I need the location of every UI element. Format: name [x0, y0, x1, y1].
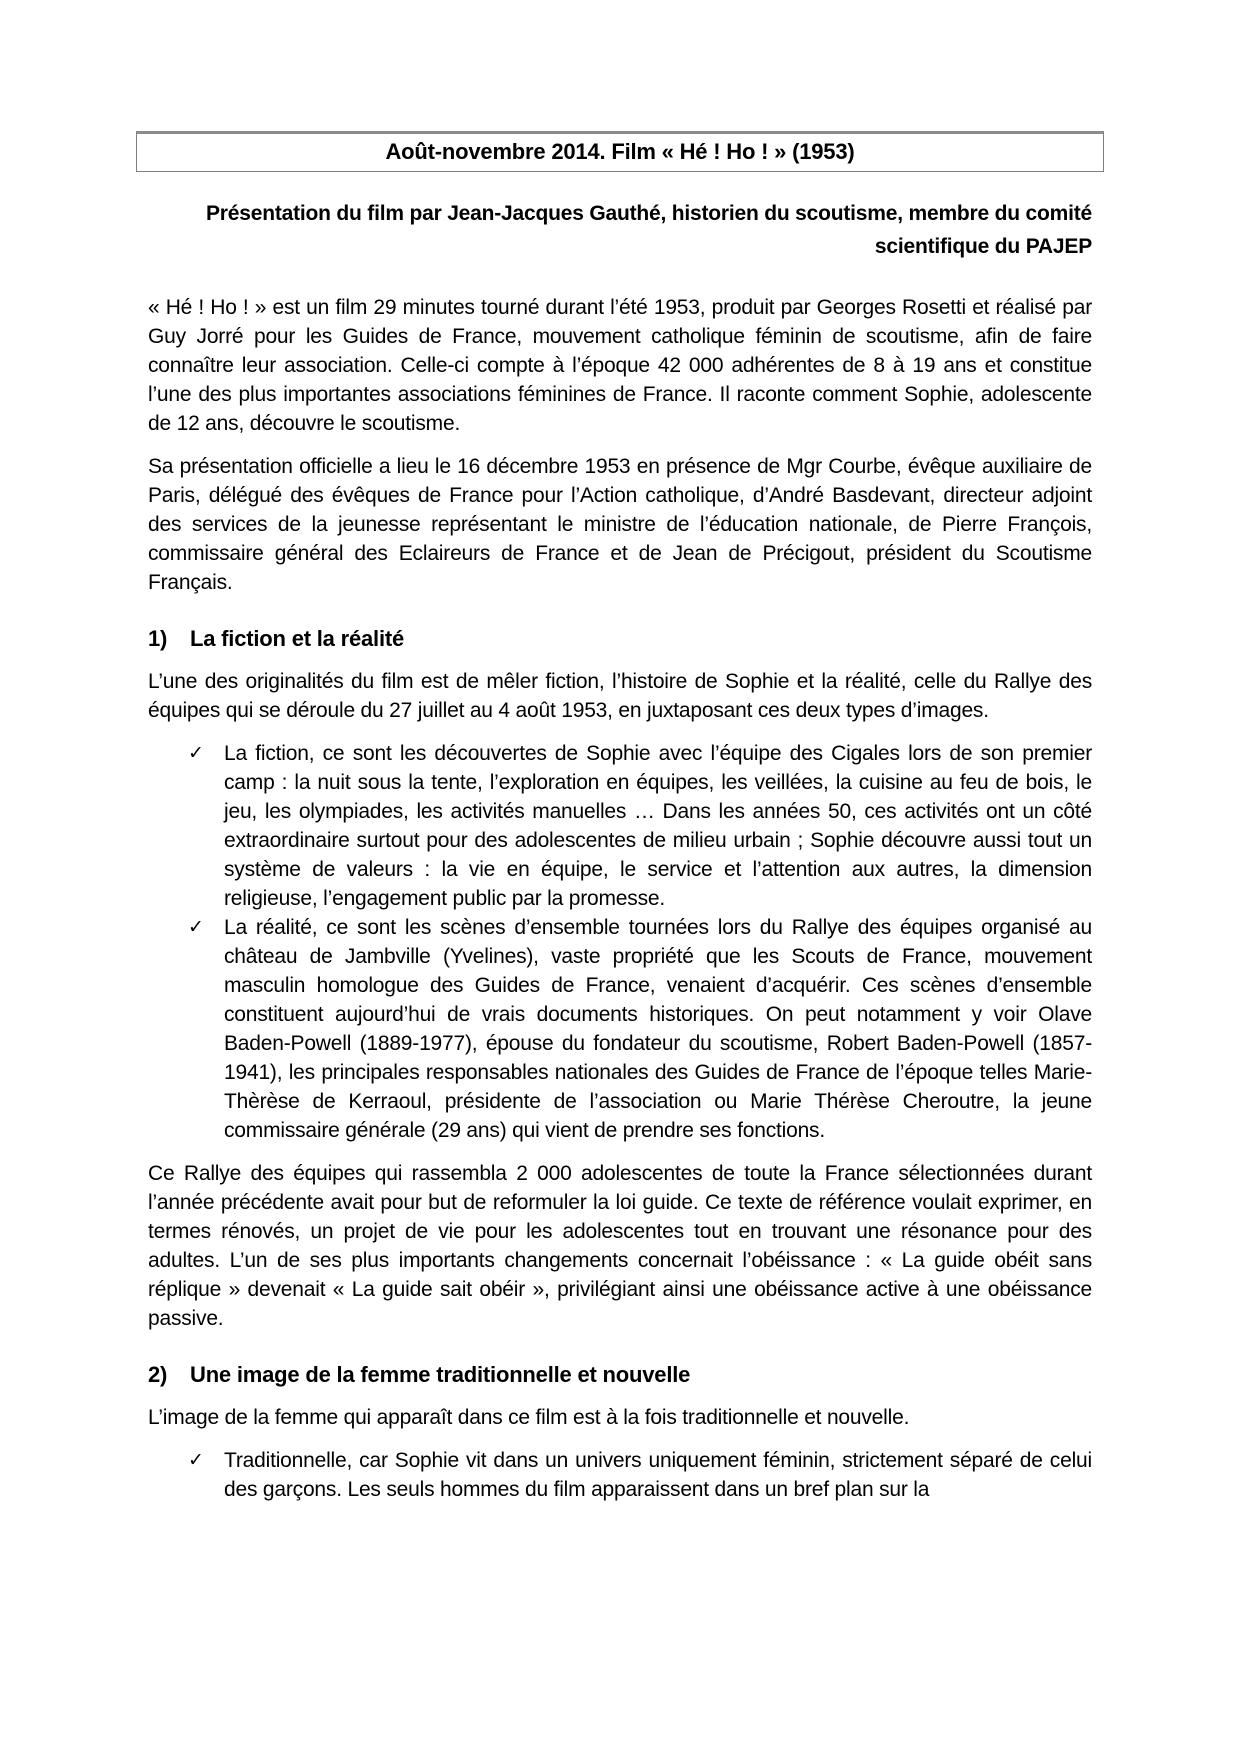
list-item: ✓ La fiction, ce sont les découvertes de… [148, 739, 1092, 913]
paragraph-section-1-lead: L’une des originalités du film est de mê… [148, 667, 1092, 725]
checkmark-icon: ✓ [188, 1446, 224, 1504]
section-1-number: 1) [148, 624, 190, 653]
title-box: Août-novembre 2014. Film « Hé ! Ho ! » (… [136, 131, 1104, 172]
list-item-text-traditionnelle: Traditionnelle, car Sophie vit dans un u… [224, 1446, 1092, 1504]
list-item: ✓ Traditionnelle, car Sophie vit dans un… [148, 1446, 1092, 1504]
section-2-checklist: ✓ Traditionnelle, car Sophie vit dans un… [148, 1446, 1092, 1504]
section-2-number: 2) [148, 1360, 190, 1389]
section-1-heading: 1)La fiction et la réalité [148, 624, 1092, 653]
section-1-checklist: ✓ La fiction, ce sont les découvertes de… [148, 739, 1092, 1145]
paragraph-official-presentation: Sa présentation officielle a lieu le 16 … [148, 452, 1092, 597]
document-page: Août-novembre 2014. Film « Hé ! Ho ! » (… [0, 0, 1240, 1753]
section-1-title: La fiction et la réalité [190, 626, 404, 651]
paragraph-section-2-lead: L’image de la femme qui apparaît dans ce… [148, 1403, 1092, 1432]
section-2-heading: 2)Une image de la femme traditionnelle e… [148, 1360, 1092, 1389]
list-item-text-fiction: La fiction, ce sont les découvertes de S… [224, 739, 1092, 913]
checkmark-icon: ✓ [188, 913, 224, 1145]
list-item-text-realite: La réalité, ce sont les scènes d’ensembl… [224, 913, 1092, 1145]
document-subtitle: Présentation du film par Jean-Jacques Ga… [148, 197, 1092, 263]
paragraph-rallye-closing: Ce Rallye des équipes qui rassembla 2 00… [148, 1159, 1092, 1333]
list-item: ✓ La réalité, ce sont les scènes d’ensem… [148, 913, 1092, 1145]
checkmark-icon: ✓ [188, 739, 224, 913]
document-title: Août-novembre 2014. Film « Hé ! Ho ! » (… [385, 139, 854, 164]
section-2-title: Une image de la femme traditionnelle et … [190, 1362, 690, 1387]
paragraph-film-intro: « Hé ! Ho ! » est un film 29 minutes tou… [148, 293, 1092, 438]
